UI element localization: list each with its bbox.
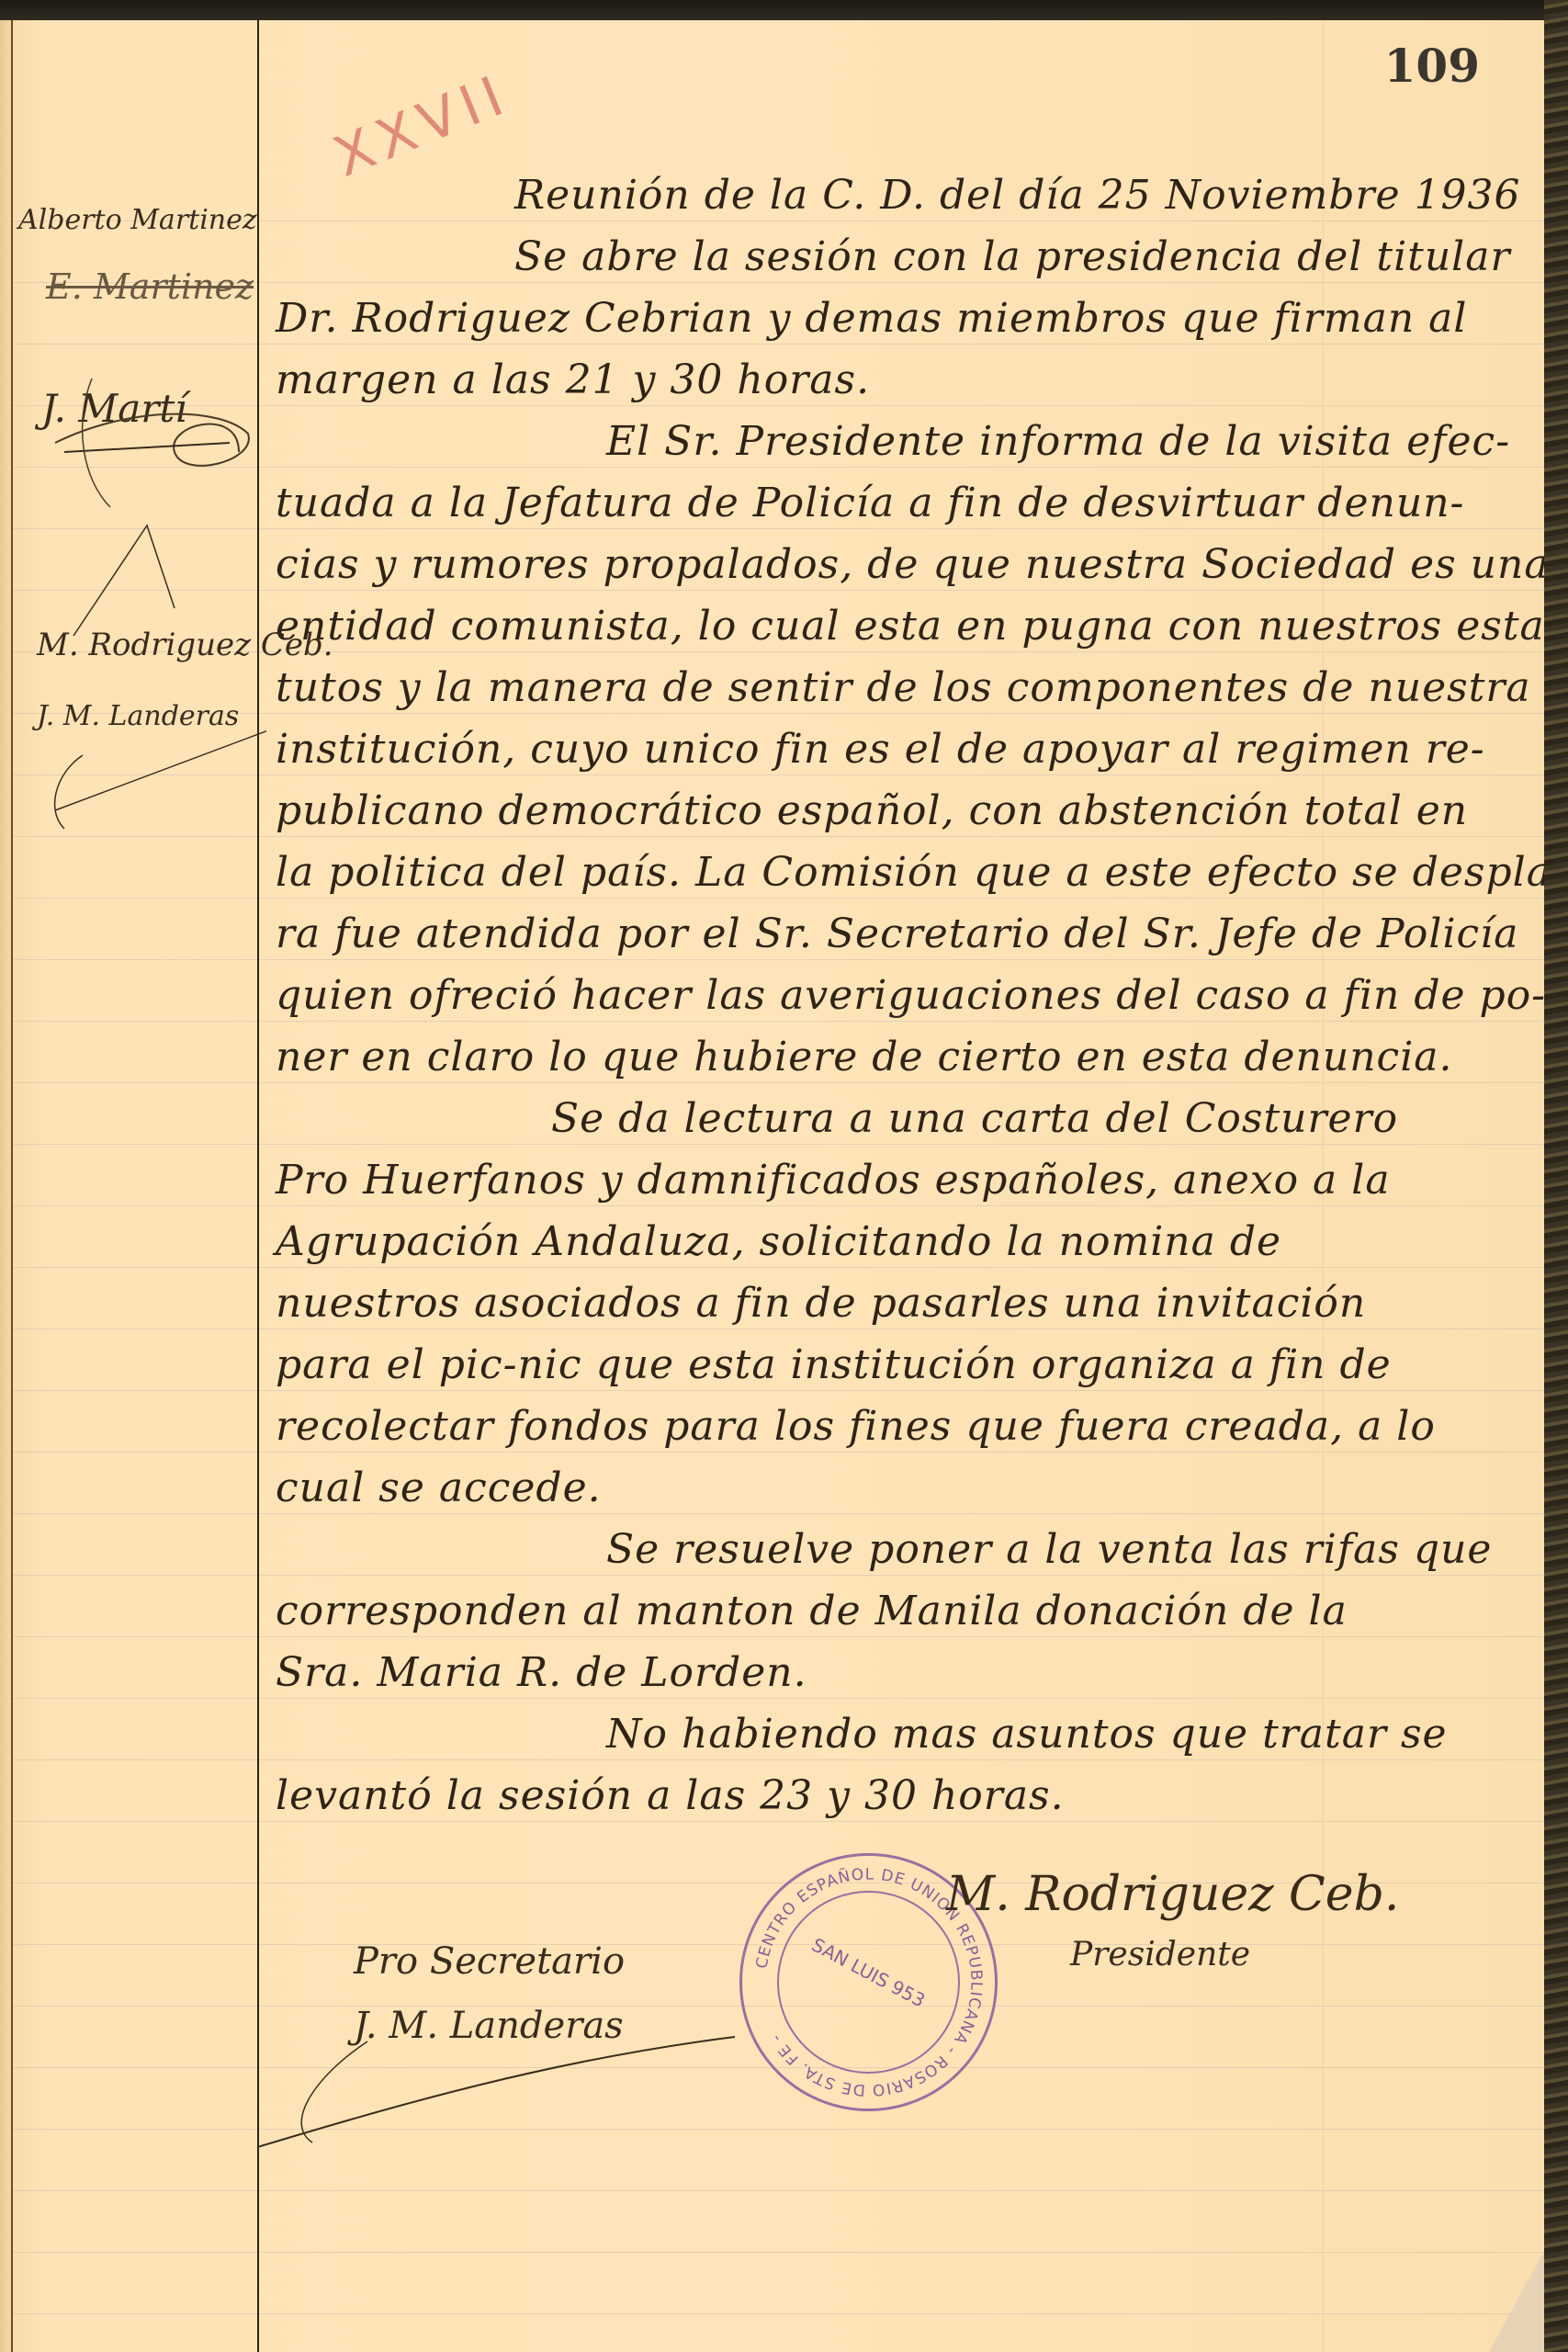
book-binding-right xyxy=(1544,0,1568,2352)
ruled-line xyxy=(11,1759,1544,1760)
ruled-line xyxy=(11,1390,1544,1391)
minutes-line: Se da lectura a una carta del Costurero xyxy=(551,1095,1398,1142)
minutes-line: Se resuelve poner a la venta las rifas q… xyxy=(606,1526,1492,1573)
minutes-line: publicano democrático español, con abste… xyxy=(276,787,1468,834)
ruled-line xyxy=(11,1144,1544,1145)
ruled-line xyxy=(11,1698,1544,1699)
ruled-line xyxy=(11,1575,1544,1576)
minutes-line: la politica del país. La Comisión que a … xyxy=(276,849,1544,896)
ruled-line xyxy=(11,1452,1544,1453)
minutes-line: Agrupación Andaluza, solicitando la nomi… xyxy=(276,1218,1281,1265)
minutes-line: ner en claro lo que hubiere de cierto en… xyxy=(276,1034,1452,1080)
page-number: 109 xyxy=(1384,39,1480,93)
ruled-line xyxy=(11,2190,1544,2191)
ruled-line xyxy=(11,959,1544,960)
ruled-line xyxy=(11,1021,1544,1022)
minutes-line: cias y rumores propalados, de que nuestr… xyxy=(276,541,1544,588)
minutes-line: recolectar fondos para los fines que fue… xyxy=(276,1403,1436,1450)
ruled-line xyxy=(11,2313,1544,2314)
red-pencil-annotation: XXVII xyxy=(325,62,518,189)
ruled-line xyxy=(11,898,1544,899)
book-binding-top xyxy=(0,0,1568,20)
ruled-line xyxy=(11,1636,1544,1637)
minutes-line: El Sr. Presidente informa de la visita e… xyxy=(606,418,1510,465)
ruled-line xyxy=(11,1821,1544,1822)
ruled-line xyxy=(11,1082,1544,1083)
ruled-line xyxy=(11,1205,1544,1206)
ruled-line xyxy=(11,1267,1544,1268)
minutes-line: No habiendo mas asuntos que tratar se xyxy=(606,1711,1448,1758)
minutes-line: institución, cuyo unico fin es el de apo… xyxy=(276,726,1485,773)
minutes-line: Pro Huerfanos y damnificados españoles, … xyxy=(276,1157,1391,1204)
ruled-line xyxy=(11,2252,1544,2253)
minutes-line: nuestros asociados a fin de pasarles una… xyxy=(276,1280,1366,1327)
ruled-line xyxy=(11,2129,1544,2130)
minutes-line: levantó la sesión a las 23 y 30 horas. xyxy=(276,1772,1065,1819)
secretary-role-label: Pro Secretario xyxy=(354,1940,625,1983)
minutes-line: ra fue atendida por el Sr. Secretario de… xyxy=(276,910,1518,957)
minutes-line: Dr. Rodriguez Cebrian y demas miembros q… xyxy=(276,295,1467,342)
ledger-page: 109 XXVII Alberto Martinez E. Martinez J… xyxy=(0,20,1544,2352)
minutes-line: para el pic-nic que esta institución org… xyxy=(276,1341,1392,1388)
minutes-line: Sra. Maria R. de Lorden. xyxy=(276,1649,807,1696)
outer-margin-rule xyxy=(11,20,13,2352)
minutes-line: margen a las 21 y 30 horas. xyxy=(276,356,870,403)
president-signature: M. Rodriguez Ceb. xyxy=(946,1867,1399,1922)
minutes-line: Se abre la sesión con la presidencia del… xyxy=(514,233,1511,280)
page-left-edge xyxy=(0,20,11,2352)
minutes-line: tuada a la Jefatura de Policía a fin de … xyxy=(276,480,1464,526)
president-role-label: Presidente xyxy=(1070,1936,1250,1973)
secretary-flourish-icon xyxy=(257,2023,753,2152)
signature-flourish-icon xyxy=(18,296,266,847)
minutes-line: quien ofreció hacer las averiguaciones d… xyxy=(276,972,1544,1019)
minutes-title: Reunión de la C. D. del día 25 Noviembre… xyxy=(514,172,1521,219)
folded-page-corner xyxy=(1489,2251,1544,2352)
minutes-line: entidad comunista, lo cual esta en pugna… xyxy=(276,603,1544,650)
ruled-line xyxy=(11,1513,1544,1514)
minutes-line: tutos y la manera de sentir de los compo… xyxy=(276,664,1531,711)
minutes-line: corresponden al manton de Manila donació… xyxy=(276,1588,1348,1634)
margin-signature: Alberto Martinez xyxy=(18,204,257,236)
minutes-line: cual se accede. xyxy=(276,1464,602,1511)
ruled-line xyxy=(11,1329,1544,1329)
